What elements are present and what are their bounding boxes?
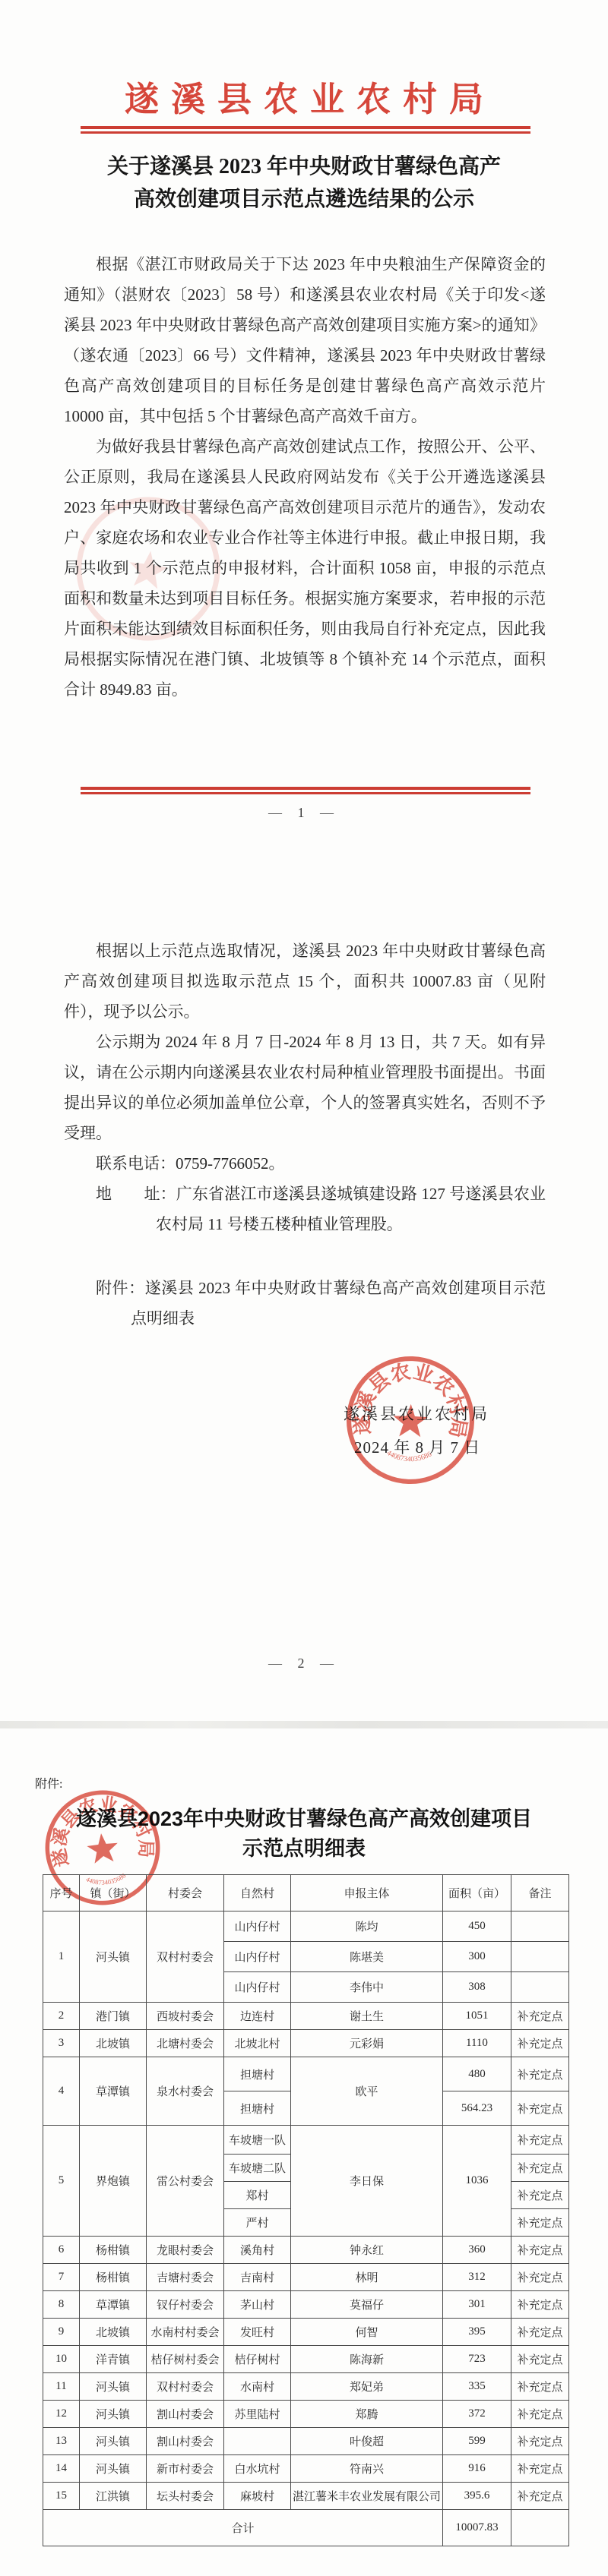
cell-committee: 龙眼村委会 [147, 2237, 224, 2264]
cell-town: 河头镇 [80, 2428, 147, 2455]
cell-total-area: 10007.83 [443, 2510, 511, 2546]
cell-applicant: 湛江薯米丰农业发展有限公司 [291, 2483, 443, 2510]
cell-area: 335 [443, 2373, 511, 2401]
col-header-town: 镇（街） [80, 1875, 147, 1911]
cell-no: 11 [43, 2373, 80, 2401]
red-divider-top [81, 126, 530, 134]
table-header-row: 序号 镇（街） 村委会 自然村 申报主体 面积（亩） 备注 [43, 1875, 569, 1911]
table-row: 12 河头镇 割山村委会 苏里陆村 郑腾 372 补充定点 [43, 2401, 569, 2428]
table-row: 3 北坡镇 北塘村委会 北坡北村 元彩娟 1110 补充定点 [43, 2030, 569, 2057]
cell-area: 1110 [443, 2030, 511, 2057]
red-line [81, 131, 530, 134]
address-line: 地 址：广东省湛江市遂溪县遂城镇建设路 127 号遂溪县农业农村局 11 号楼五… [64, 1179, 546, 1239]
cell-applicant: 林明 [291, 2264, 443, 2291]
cell-no: 3 [43, 2030, 80, 2057]
cell-note [511, 1972, 569, 2003]
cell-committee: 坛头村委会 [147, 2483, 224, 2510]
cell-area: 599 [443, 2428, 511, 2455]
document-title: 关于遂溪县 2023 年中央财政甘薯绿色高产 高效创建项目示范点遴选结果的公示 [46, 150, 562, 216]
cell-area: 395 [443, 2319, 511, 2346]
paragraph-publicity-period: 公示期为 2024 年 8 月 7 日-2024 年 8 月 13 日，共 7 … [64, 1027, 546, 1148]
col-header-no: 序号 [43, 1875, 80, 1911]
cell-village: 白水坑村 [224, 2455, 291, 2483]
cell-town: 草潭镇 [80, 2057, 147, 2126]
cell-applicant: 元彩娟 [291, 2030, 443, 2057]
agency-header: 遂溪县农业农村局 [0, 71, 608, 121]
cell-applicant: 郑妃弟 [291, 2373, 443, 2401]
cell-no: 13 [43, 2428, 80, 2455]
cell-area: 312 [443, 2264, 511, 2291]
cell-area: 308 [443, 1972, 511, 2003]
red-line [81, 126, 530, 129]
cell-village: 郑村 [224, 2182, 291, 2209]
document-title-line2: 高效创建项目示范点遴选结果的公示 [46, 183, 562, 216]
cell-village: 山内仔村 [224, 1942, 291, 1972]
cell-applicant: 李日保 [291, 2126, 443, 2237]
table-row: 11 河头镇 双村村委会 水南村 郑妃弟 335 补充定点 [43, 2373, 569, 2401]
cell-committee: 雷公村委会 [147, 2126, 224, 2237]
address-text: 广东省湛江市遂溪县遂城镇建设路 127 号遂溪县农业农村局 11 号楼五楼种植业… [156, 1185, 546, 1233]
col-header-village: 自然村 [224, 1875, 291, 1911]
cell-committee: 吉塘村委会 [147, 2264, 224, 2291]
cell-village: 北坡北村 [224, 2030, 291, 2057]
cell-applicant: 莫福仔 [291, 2291, 443, 2319]
cell-village: 苏里陆村 [224, 2401, 291, 2428]
cell-area: 372 [443, 2401, 511, 2428]
seal-code: 4408734035686 [385, 1449, 434, 1465]
col-header-note: 备注 [511, 1875, 569, 1911]
document-title-line1: 关于遂溪县 2023 年中央财政甘薯绿色高产 [46, 150, 562, 183]
table-row: 5 界炮镇 雷公村委会 车坡塘一队 李日保 1036 补充定点 [43, 2126, 569, 2155]
cell-note: 补充定点 [511, 2155, 569, 2182]
cell-note: 补充定点 [511, 2091, 569, 2126]
cell-village: 水南村 [224, 2373, 291, 2401]
cell-town: 河头镇 [80, 2455, 147, 2483]
attachment-label: 附件： [96, 1279, 145, 1297]
cell-note: 补充定点 [511, 2291, 569, 2319]
cell-applicant: 陈堪美 [291, 1942, 443, 1972]
cell-no: 6 [43, 2237, 80, 2264]
cell-village: 山内仔村 [224, 1972, 291, 2003]
cell-committee: 割山村委会 [147, 2428, 224, 2455]
cell-area: 450 [443, 1911, 511, 1942]
cell-town: 界炮镇 [80, 2126, 147, 2237]
cell-town: 洋青镇 [80, 2346, 147, 2373]
cell-committee: 新市村委会 [147, 2455, 224, 2483]
table-row: 15 江洪镇 坛头村委会 麻坡村 湛江薯米丰农业发展有限公司 395.6 补充定… [43, 2483, 569, 2510]
cell-town: 港门镇 [80, 2003, 147, 2030]
table-row: 7 杨柑镇 吉塘村委会 吉南村 林明 312 补充定点 [43, 2264, 569, 2291]
cell-village: 山内仔村 [224, 1911, 291, 1942]
table-total-row: 合计 10007.83 [43, 2510, 569, 2546]
cell-committee: 泉水村委会 [147, 2057, 224, 2126]
page2-body: 根据以上示范点选取情况，遂溪县 2023 年中央财政甘薯绿色高产高效创建项目拟选… [64, 936, 546, 1334]
cell-town: 草潭镇 [80, 2291, 147, 2319]
cell-total-label: 合计 [43, 2510, 443, 2546]
table-row: 4 草潭镇 泉水村委会 担塘村 欧平 480 补充定点 [43, 2057, 569, 2091]
page-number-1: — 1 — [0, 805, 608, 821]
cell-village: 发旺村 [224, 2319, 291, 2346]
cell-village: 车坡塘二队 [224, 2155, 291, 2182]
red-line [81, 792, 530, 794]
scanned-official-document: 遂溪县农业农村局 关于遂溪县 2023 年中央财政甘薯绿色高产 高效创建项目示范… [0, 0, 608, 2576]
cell-committee: 桔仔树村委会 [147, 2346, 224, 2373]
table-row: 8 草潭镇 钗仔村委会 茅山村 莫福仔 301 补充定点 [43, 2291, 569, 2319]
cell-village: 担塘村 [224, 2091, 291, 2126]
table-row: 14 河头镇 新市村委会 白水坑村 符南兴 916 补充定点 [43, 2455, 569, 2483]
cell-no: 14 [43, 2455, 80, 2483]
red-line [81, 787, 530, 790]
cell-village: 车坡塘一队 [224, 2126, 291, 2155]
cell-village: 边连村 [224, 2003, 291, 2030]
col-header-area: 面积（亩） [443, 1875, 511, 1911]
cell-village: 麻坡村 [224, 2483, 291, 2510]
cell-no: 5 [43, 2126, 80, 2237]
cell-applicant: 符南兴 [291, 2455, 443, 2483]
address-label: 地 址： [96, 1185, 176, 1203]
cell-note: 补充定点 [511, 2182, 569, 2209]
cell-town: 北坡镇 [80, 2319, 147, 2346]
cell-no: 10 [43, 2346, 80, 2373]
contact-phone-line: 联系电话：0759-7766052。 [64, 1148, 546, 1179]
cell-town: 江洪镇 [80, 2483, 147, 2510]
cell-area: 1036 [443, 2126, 511, 2237]
cell-area: 360 [443, 2237, 511, 2264]
col-header-committee: 村委会 [147, 1875, 224, 1911]
cell-no: 2 [43, 2003, 80, 2030]
cell-note: 补充定点 [511, 2483, 569, 2510]
cell-committee: 西坡村委会 [147, 2003, 224, 2030]
attachment-page-label: 附件: [35, 1774, 62, 1792]
cell-note [511, 1942, 569, 1972]
cell-applicant: 陈海新 [291, 2346, 443, 2373]
cell-applicant: 郑腾 [291, 2401, 443, 2428]
cell-note: 补充定点 [511, 2428, 569, 2455]
cell-no: 8 [43, 2291, 80, 2319]
demonstration-sites-table: 序号 镇（街） 村委会 自然村 申报主体 面积（亩） 备注 1 河头镇 双村村委… [43, 1874, 569, 2546]
cell-applicant: 李伟中 [291, 1972, 443, 2003]
cell-area: 1051 [443, 2003, 511, 2030]
cell-note: 补充定点 [511, 2401, 569, 2428]
table-row: 10 洋青镇 桔仔树村委会 桔仔树村 陈海新 723 补充定点 [43, 2346, 569, 2373]
cell-village: 严村 [224, 2209, 291, 2237]
cell-applicant: 钟永红 [291, 2237, 443, 2264]
cell-area: 480 [443, 2057, 511, 2091]
cell-no: 12 [43, 2401, 80, 2428]
cell-no: 4 [43, 2057, 80, 2126]
cell-committee: 割山村委会 [147, 2401, 224, 2428]
cell-committee: 钗仔村委会 [147, 2291, 224, 2319]
cell-no: 7 [43, 2264, 80, 2291]
cell-applicant: 陈均 [291, 1911, 443, 1942]
cell-note: 补充定点 [511, 2126, 569, 2155]
cell-town: 杨柑镇 [80, 2237, 147, 2264]
cell-note: 补充定点 [511, 2237, 569, 2264]
cell-no: 15 [43, 2483, 80, 2510]
cell-area: 395.6 [443, 2483, 511, 2510]
attachment-reference-line: 附件：遂溪县 2023 年中央财政甘薯绿色高产高效创建项目示范点明细表 [64, 1273, 546, 1334]
cell-note: 补充定点 [511, 2264, 569, 2291]
cell-note: 补充定点 [511, 2003, 569, 2030]
cell-note: 补充定点 [511, 2030, 569, 2057]
attachment-text: 遂溪县 2023 年中央财政甘薯绿色高产高效创建项目示范点明细表 [131, 1279, 546, 1327]
table-row: 9 北坡镇 水南村村委会 发旺村 何智 395 补充定点 [43, 2319, 569, 2346]
cell-applicant: 何智 [291, 2319, 443, 2346]
cell-village: 茅山村 [224, 2291, 291, 2319]
cell-committee: 水南村村委会 [147, 2319, 224, 2346]
official-seal: 遂溪县农业农村局 4408734035686 [341, 1351, 480, 1489]
col-header-applicant: 申报主体 [291, 1875, 443, 1911]
cell-village: 吉南村 [224, 2264, 291, 2291]
paragraph-result: 根据以上示范点选取情况，遂溪县 2023 年中央财政甘薯绿色高产高效创建项目拟选… [64, 936, 546, 1027]
cell-town: 河头镇 [80, 2373, 147, 2401]
paragraph-basis: 根据《湛江市财政局关于下达 2023 年中央粮油生产保障资金的通知》（湛财农〔2… [64, 249, 546, 431]
page-separator [0, 1721, 608, 1728]
cell-note [511, 1911, 569, 1942]
cell-town: 河头镇 [80, 2401, 147, 2428]
cell-village: 担塘村 [224, 2057, 291, 2091]
cell-note: 补充定点 [511, 2373, 569, 2401]
cell-total-note [511, 2510, 569, 2546]
paragraph-selection-process: 为做好我县甘薯绿色高产高效创建试点工作，按照公开、公平、公正原则，我局在遂溪县人… [64, 431, 546, 705]
cell-area: 723 [443, 2346, 511, 2373]
cell-no: 1 [43, 1911, 80, 2003]
seal-star-icon [393, 1403, 429, 1437]
cell-applicant: 欧平 [291, 2057, 443, 2126]
cell-area: 564.23 [443, 2091, 511, 2126]
cell-town: 河头镇 [80, 1911, 147, 2003]
cell-town: 北坡镇 [80, 2030, 147, 2057]
svg-text:4408734035686: 4408734035686 [385, 1449, 434, 1465]
cell-committee: 北塘村委会 [147, 2030, 224, 2057]
cell-village [224, 2428, 291, 2455]
cell-committee: 双村村委会 [147, 1911, 224, 2003]
cell-area: 301 [443, 2291, 511, 2319]
cell-note: 补充定点 [511, 2209, 569, 2237]
cell-village: 溪角村 [224, 2237, 291, 2264]
cell-area: 916 [443, 2455, 511, 2483]
cell-area: 300 [443, 1942, 511, 1972]
page1-body: 根据《湛江市财政局关于下达 2023 年中央粮油生产保障资金的通知》（湛财农〔2… [64, 249, 546, 705]
cell-note: 补充定点 [511, 2346, 569, 2373]
cell-note: 补充定点 [511, 2057, 569, 2091]
table-row: 2 港门镇 西坡村委会 边连村 谢土生 1051 补充定点 [43, 2003, 569, 2030]
table-row: 1 河头镇 双村村委会 山内仔村 陈均 450 [43, 1911, 569, 1942]
cell-note: 补充定点 [511, 2319, 569, 2346]
cell-applicant: 谢土生 [291, 2003, 443, 2030]
cell-note: 补充定点 [511, 2455, 569, 2483]
cell-village: 桔仔树村 [224, 2346, 291, 2373]
seal-star-icon [86, 1832, 119, 1864]
red-divider-bottom [81, 787, 530, 794]
table-row: 13 河头镇 割山村委会 叶俊超 599 补充定点 [43, 2428, 569, 2455]
cell-town: 杨柑镇 [80, 2264, 147, 2291]
cell-committee: 双村村委会 [147, 2373, 224, 2401]
page-number-2: — 2 — [0, 1656, 608, 1672]
cell-applicant: 叶俊超 [291, 2428, 443, 2455]
cell-no: 9 [43, 2319, 80, 2346]
table-row: 6 杨柑镇 龙眼村委会 溪角村 钟永红 360 补充定点 [43, 2237, 569, 2264]
